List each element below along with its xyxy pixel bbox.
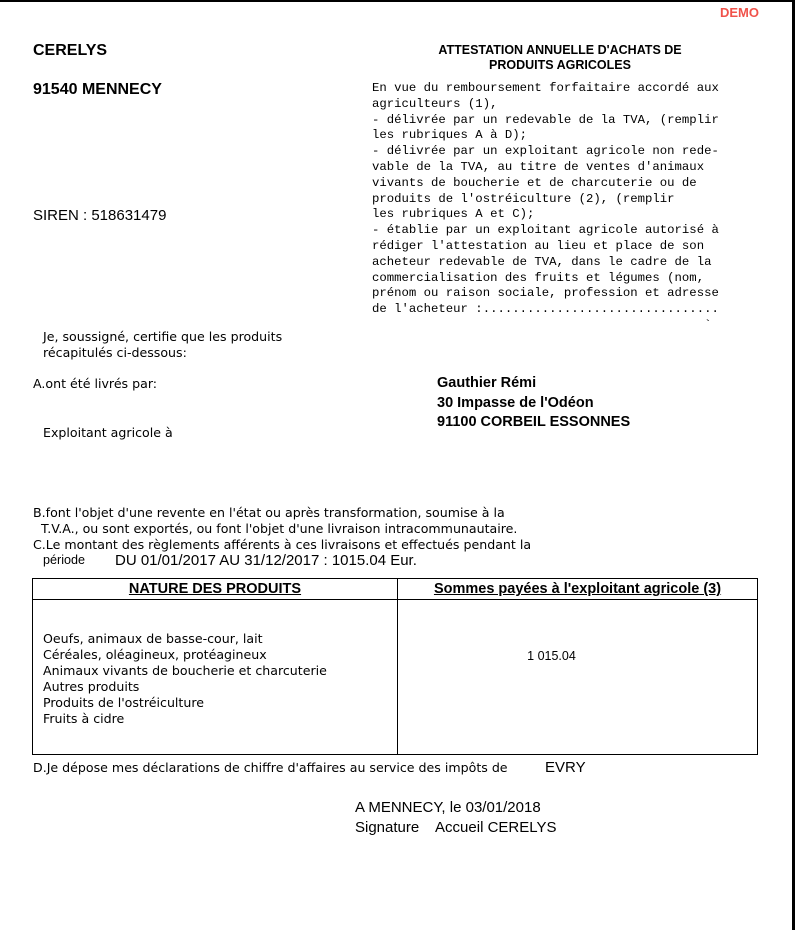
place-date: A MENNECY, le 03/01/2018 <box>355 799 541 816</box>
tax-office: EVRY <box>545 759 586 776</box>
title-line-2: PRODUITS AGRICOLES <box>400 58 720 73</box>
amount-value: 1 015.04 <box>346 649 757 663</box>
exploitant-label: Exploitant agricole à <box>43 425 173 440</box>
issuer-name: CERELYS <box>33 42 107 60</box>
signature-line: Signature Accueil CERELYS <box>355 819 557 836</box>
document-title: ATTESTATION ANNUELLE D'ACHATS DE PRODUIT… <box>400 43 720 73</box>
product-item: Fruits à cidre <box>43 711 397 727</box>
section-a-label: A.ont été livrés par: <box>33 376 157 391</box>
section-b-text: B.font l'objet d'une revente en l'état o… <box>33 505 517 537</box>
supplier-address: Gauthier Rémi 30 Impasse de l'Odéon 9110… <box>437 374 630 433</box>
header-amount: Sommes payées à l'exploitant agricole (3… <box>398 579 758 600</box>
product-item: Animaux vivants de boucherie et charcute… <box>43 663 397 679</box>
periode-value: DU 01/01/2017 AU 31/12/2017 : 1015.04 Eu… <box>115 552 417 569</box>
section-d-text: D.Je dépose mes déclarations de chiffre … <box>33 760 508 775</box>
demo-watermark: DEMO <box>720 5 759 20</box>
product-item: Autres produits <box>43 679 397 695</box>
attestation-page: DEMO CERELYS 91540 MENNECY SIREN : 51863… <box>0 0 792 930</box>
amount-cell: 1 015.04 <box>398 600 758 755</box>
product-item: Produits de l'ostréiculture <box>43 695 397 711</box>
products-table: NATURE DES PRODUITS Sommes payées à l'ex… <box>32 578 758 755</box>
title-line-1: ATTESTATION ANNUELLE D'ACHATS DE <box>400 43 720 58</box>
header-nature: NATURE DES PRODUITS <box>33 579 398 600</box>
product-item: Oeufs, animaux de basse-cour, lait <box>43 631 397 647</box>
section-c-text: C.Le montant des règlements afférents à … <box>33 537 531 552</box>
periode-label: période <box>43 553 85 567</box>
product-item: Céréales, oléagineux, protéagineux <box>43 647 397 663</box>
intro-text: En vue du remboursement forfaitaire acco… <box>372 81 719 334</box>
product-list: Oeufs, animaux de basse-cour, lait Céréa… <box>43 631 397 727</box>
issuer-city: 91540 MENNECY <box>33 81 162 99</box>
nature-cell: Oeufs, animaux de basse-cour, lait Céréa… <box>33 600 398 755</box>
certify-text: Je, soussigné, certifie que les produits… <box>43 329 282 361</box>
issuer-siren: SIREN : 518631479 <box>33 207 166 224</box>
